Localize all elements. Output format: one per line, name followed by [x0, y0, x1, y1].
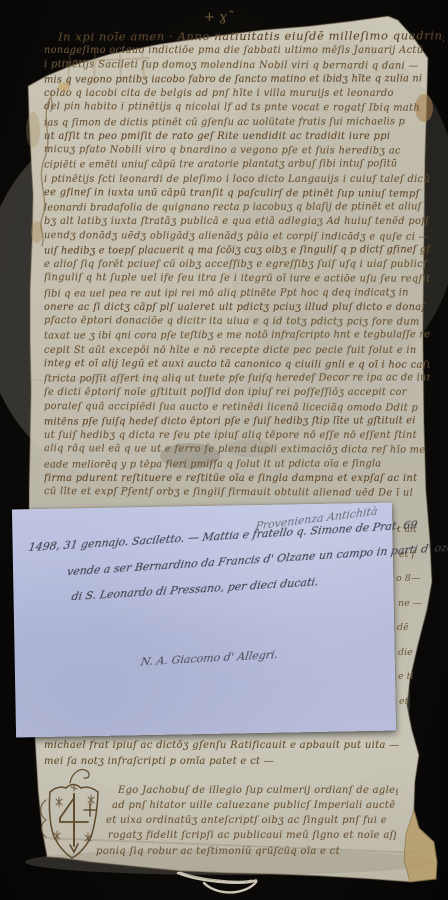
manuscript-line: ſe dicti ēptoriſ noīe gſtituit poſſid do…	[44, 386, 430, 400]
margin-fragment: et	[399, 696, 445, 707]
manuscript-line: ſtricta poſſit aſſert inq aliq ut tuete …	[44, 371, 430, 386]
manuscript-line: cipiēti e emēti uniuſ cāpū tre aratorie …	[44, 158, 430, 173]
manuscript-line: cepit St aūt excepōi nō hīte e nō recept…	[44, 344, 430, 358]
manuscript-line: mitēns pſe ſuiſq hedeſ dicto ēptori pſe …	[44, 414, 430, 429]
manuscript-line: firma pdurent reſtituere e reſtitūe oīa …	[44, 472, 430, 486]
eschatocol-line: Ego Jachobuſ de illegio ſup culmerij ord…	[118, 784, 398, 798]
manuscript-line: taxat ue ʒ ibi qni cora pſe teſtibʒ e me…	[44, 329, 430, 344]
manuscript-line: onere ac ſi dictʒ cāpſ plſ ualeret ult p…	[44, 301, 430, 315]
margin-fragment: o 8—	[396, 573, 442, 584]
manuscript-line: nonageſimo octauo indictiōe pma die ſabb…	[44, 44, 430, 58]
manuscript-line: eade meliorēq y p tēpa fieri pmiſſa q ſo…	[44, 457, 430, 472]
manuscript-line: leonardi bradafolia de quignano recta p …	[44, 200, 430, 215]
margin-fragment: ne —	[398, 598, 444, 609]
manuscript-line: bʒ alt latibʒ iuxta ſtratāʒ publicā e qu…	[44, 215, 430, 229]
post-slip-line: mei ſa notʒ infraſcripti p omīa patet e …	[44, 755, 294, 769]
manuscript-line: cū līte et expſ Pſentſ orbʒ e ſingliſ fi…	[44, 485, 430, 501]
photo-background: + ɣ˜ In xpi noīe amen · Anno natiuitatis…	[0, 0, 448, 900]
manuscript-line: ias q ſimon de dictis ptinēt cū gſenſu a…	[44, 115, 430, 130]
manuscript-line: ut ſuiſ hedibʒ q dicta re ſeu pte ipiuſ …	[44, 429, 430, 443]
manuscript-line: colao q iacobi cita de belgis ad pnſ hīt…	[44, 87, 430, 101]
manuscript-line: integ et oī alij legū et auxi aucto tā c…	[44, 357, 430, 373]
manuscript-line: uiſ hedibʒ e toepſ placuerit q ma ſcōiʒ …	[44, 243, 430, 258]
manuscript-line: In xpi noīe amen · Anno natiuitatis eiuſ…	[58, 29, 444, 44]
eschatocol-line: et uixa ordinatūʒ anteſcriptſ oibʒ ac ſi…	[106, 814, 386, 828]
manuscript-line: i ptinētijs ſcti leonardi de pleſimo i l…	[44, 173, 430, 187]
margin-fragment: dē	[397, 622, 443, 633]
manuscript-line: e alioſ ſiq forēt pciueſ cū oibʒ acceſſi…	[44, 258, 430, 272]
manuscript-line: pfacto ēptori donaciōe q dicitr ita uiua…	[44, 314, 430, 330]
eschatocol-line: ad pnſ hitator uille caluezane publicſ I…	[112, 799, 397, 813]
manuscript-line: del pin habito i ptinētijs q nicolai lf …	[44, 100, 430, 116]
slip-entry-line: di S. Leonardo di Pressano, per dieci du…	[71, 575, 320, 603]
manuscript-line: poraleſ quā accipiēdi ſua aucto e retinē…	[44, 400, 430, 416]
manuscript-line: micuʒ pfato Nobili viro q bnardino a veg…	[44, 143, 430, 159]
margin-fragment: die	[398, 647, 444, 658]
manuscript-line: uendʒ donādʒ uēdʒ obligādʒ alienādʒ pāia…	[44, 229, 430, 245]
archivist-slip: Provenienza Antichità 1498, 31 gennajo. …	[12, 503, 396, 738]
manuscript-line: ut aſſit tn peo pmiſit de rato geſ Rite …	[44, 130, 430, 144]
post-slip-line: michael frat ipiuſ ac dictōʒ gſenſu Rati…	[44, 739, 404, 753]
manuscript-line: ſibi q ea uel pea re aut ipi rei mō aliq…	[44, 286, 430, 301]
manuscript-line: ee gfineſ in iuxta unū cāpū tranſit q pa…	[44, 186, 430, 202]
margin-fragment: e ti	[398, 671, 444, 682]
manuscript-line: i ptinētijs Sacileti ſup domoʒ molendina…	[44, 58, 430, 74]
manuscript-line: aliq rāq uel eā q ue ut e ferro ſe plena…	[44, 442, 430, 458]
eschatocol-line: poniq ſiq robur ac teſtimoniū qrūſcūq oī…	[96, 845, 346, 859]
manuscript-line: ſinguliſ q ht ſuple uel ife ſeu itra ſe …	[44, 271, 430, 287]
eschatocol-line: rogatʒ fidelit ſcripſi ac publicaui meū …	[108, 829, 396, 843]
manuscript-line: mis q vegono pntibʒ iacobo fabro de ſanc…	[44, 72, 430, 87]
slip-signature: N. A. Giacomo d' Allegri.	[140, 648, 279, 668]
manuscript-text-block: In xpi noīe amen · Anno natiuitatis eiuſ…	[0, 0, 448, 900]
